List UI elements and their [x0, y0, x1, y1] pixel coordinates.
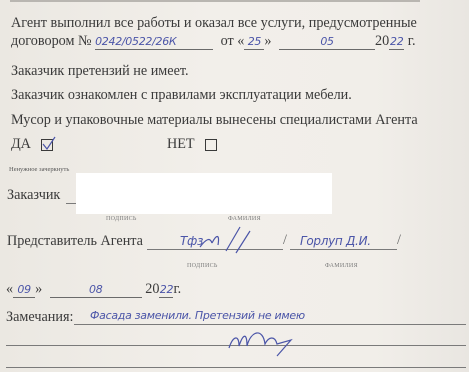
yes-checkbox[interactable]	[41, 139, 53, 151]
agent-signature-scribble-icon	[196, 225, 256, 255]
from-label: от «	[221, 33, 245, 49]
no-checkbox[interactable]	[205, 139, 217, 151]
customer-surname-caption: ФАМИЛИЯ	[228, 216, 261, 222]
trash-statement: Мусор и упаковочные материалы вынесены с…	[11, 112, 418, 129]
contract-year-label: г.	[408, 33, 416, 49]
sign-month-field[interactable]: 08	[50, 283, 142, 298]
contract-year-prefix: 20	[375, 33, 389, 49]
sign-date-close-quote: »	[35, 281, 42, 297]
contract-number-field[interactable]: 0242/0522/26К	[95, 35, 213, 50]
agent-surname[interactable]: Горлуп Д.И.	[300, 234, 371, 248]
agent-surname-caption: ФАМИЛИЯ	[325, 263, 358, 269]
contract-line: договором № 0242/0522/26К от «25» 052022…	[11, 33, 416, 50]
contract-year-field[interactable]: 22	[389, 35, 404, 50]
sign-year-prefix: 20	[145, 281, 159, 297]
redacted-customer-signature	[76, 173, 332, 214]
strike-out-note: Ненужное зачеркнуть	[9, 166, 69, 173]
customer-signature-caption: ПОДПИСЬ	[106, 216, 137, 222]
sign-date-line: «09» 08 2022г.	[6, 281, 181, 298]
from-close-quote: »	[264, 33, 271, 49]
no-label: НЕТ	[167, 136, 195, 153]
rules-statement: Заказчик ознакомлен с правилами эксплуат…	[11, 87, 352, 104]
sign-date-open-quote: «	[6, 281, 13, 297]
yes-label: ДА	[11, 136, 31, 153]
contract-label: договором №	[11, 33, 92, 49]
slash-separator-right: /	[397, 232, 401, 249]
slash-separator-left: /	[283, 232, 287, 249]
remarks-text[interactable]: Фасада заменили. Претензий не имею	[90, 309, 305, 322]
remarks-line-3	[6, 367, 466, 368]
top-divider	[10, 0, 420, 2]
remarks-label: Замечания:	[6, 309, 73, 326]
customer-label: Заказчик	[7, 187, 60, 204]
agent-surname-line	[290, 249, 397, 250]
customer-remarks-signature-icon	[225, 322, 305, 362]
sign-year-field[interactable]: 22	[159, 283, 173, 298]
no-claims-statement: Заказчик претензий не имеет.	[11, 63, 189, 80]
checkmark-icon	[42, 136, 56, 152]
document-page: Агент выполнил все работы и оказал все у…	[0, 0, 469, 372]
agent-signature-caption: ПОДПИСЬ	[187, 263, 218, 269]
agent-completion-line: Агент выполнил все работы и оказал все у…	[11, 15, 417, 32]
sign-day-field[interactable]: 09	[13, 283, 35, 298]
sign-year-label: г.	[173, 281, 181, 297]
agent-representative-label: Представитель Агента	[7, 233, 143, 250]
contract-day-field[interactable]: 25	[244, 35, 264, 50]
contract-month-field[interactable]: 05	[279, 35, 375, 50]
